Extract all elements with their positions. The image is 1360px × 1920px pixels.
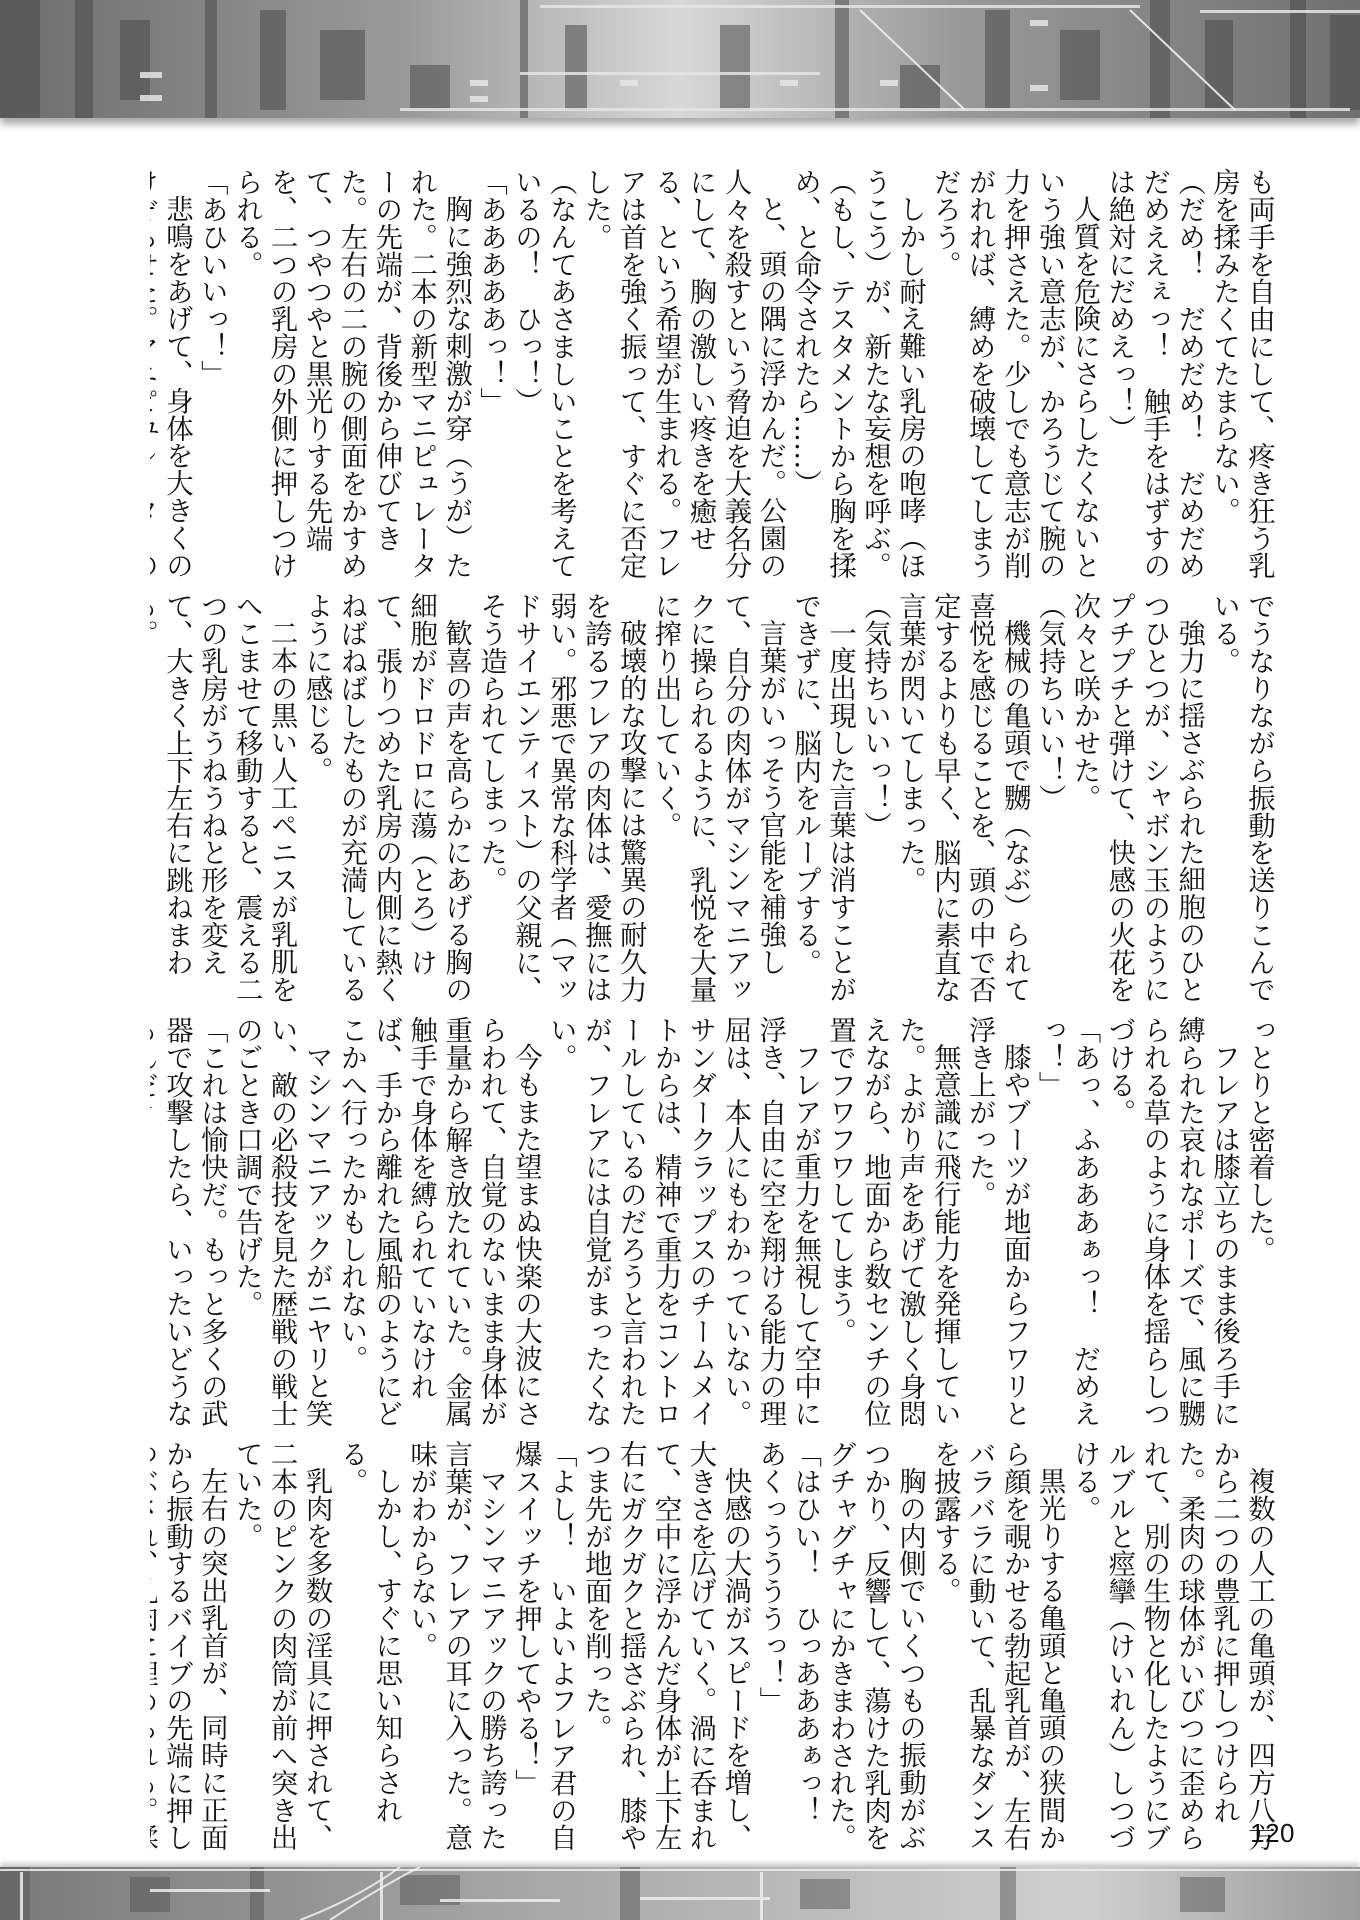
paragraph: 悲鳴をあげて、身体を大きくのけぞらせた。マニピュレーターの黒い先端は、勃起（ぼっ… bbox=[150, 168, 193, 586]
paragraph: 「あひいいっ！」 bbox=[193, 168, 228, 586]
paragraph: 破壊的な攻撃には驚異の耐久力を誇るフレアの肉体は、愛撫には弱い。邪悪で異常な科学… bbox=[472, 592, 647, 1010]
text-tier-1: も両手を自由にして、疼き狂う乳房を揉みたくてたまらない。（だめ！ だめだめ！ だ… bbox=[150, 168, 1275, 586]
paragraph: 今もまた望まぬ快楽の大波にさらわれて、自覚のないまま身体が重量から解き放たれてい… bbox=[333, 1016, 542, 1434]
paragraph: 乳肉を多数の淫具に押されて、二本のピンクの肉筒が前へ突き出ていた。 bbox=[228, 1440, 333, 1858]
circuit-pattern-graphic bbox=[0, 1867, 1360, 1920]
paragraph: 左右の突出乳首が、同時に正面から振動するバイブの先端に押しつぶされ、乳肉に埋めら… bbox=[150, 1440, 228, 1858]
footer-decorative-banner bbox=[0, 1867, 1360, 1920]
paragraph: しかし耐え難い乳房の咆哮（ほうこう）が、新たな妄想を呼ぶ。 bbox=[856, 168, 926, 586]
paragraph: っとりと密着した。 bbox=[1240, 1016, 1275, 1434]
paragraph: 複数の人工の亀頭が、四方八方から二つの豊乳に押しつけられた。柔肉の球体がいびつに… bbox=[1066, 1440, 1275, 1858]
paragraph: しかし、すぐに思い知らされる。 bbox=[333, 1440, 403, 1858]
paragraph: 無意識に飛行能力を発揮していた。よがり声をあげて激しく身悶えながら、地面から数セ… bbox=[821, 1016, 961, 1434]
paragraph: （だめ！ だめだめ！ だめだめだめええぇっ！ 触手をはずすのは絶対にだめえっ！） bbox=[1100, 168, 1205, 586]
paragraph: （なんてあさましいことを考えているの！ ひっ！） bbox=[507, 168, 577, 586]
paragraph: 「はひい！ ひっあああぁっ！ あくっううううっ！」 bbox=[751, 1440, 821, 1858]
paragraph: 二本の黒い人工ペニスが乳肌をへこませて移動すると、震える二つの乳房がうねうねと形… bbox=[150, 592, 298, 1010]
circuit-pattern-graphic bbox=[0, 0, 1360, 118]
paragraph: でうなりながら振動を送りこんでいる。 bbox=[1205, 592, 1275, 1010]
text-tier-4: 複数の人工の亀頭が、四方八方から二つの豊乳に押しつけられた。柔肉の球体がいびつに… bbox=[150, 1440, 1275, 1858]
paragraph: （気持ちいいっ！） bbox=[856, 592, 891, 1010]
header-decorative-banner bbox=[0, 0, 1360, 118]
paragraph: 言葉がいっそう官能を補強して、自分の肉体がマシンマニアックに操られるように、乳悦… bbox=[647, 592, 787, 1010]
paragraph: （気持ちいい！） bbox=[1031, 592, 1066, 1010]
paragraph: 強力に揺さぶられた細胞のひとつひとつが、シャボン玉のようにプチプチと弾けて、快感… bbox=[1066, 592, 1206, 1010]
text-tier-2: でうなりながら振動を送りこんでいる。強力に揺さぶられた細胞のひとつひとつが、シャ… bbox=[150, 592, 1275, 1010]
paragraph: 快感の大渦がスピードを増し、大きさを広げていく。渦に呑まれて、空中に浮かんだ身体… bbox=[577, 1440, 752, 1858]
paragraph: フレアは膝立ちのまま後ろ手に縛られた哀れなポーズで、風に嬲られる草のように身体を… bbox=[1100, 1016, 1240, 1434]
paragraph: マシンマニアックの勝ち誇った言葉が、フレアの耳に入った。意味がわからない。 bbox=[402, 1440, 507, 1858]
paragraph: 機械の亀頭で嬲（なぶ）られて喜悦を感じることを、頭の中で否定するよりも早く、脳内… bbox=[891, 592, 1031, 1010]
paragraph: マシンマニアックがニヤリと笑い、敵の必殺技を見た歴戦の戦士のごとき口調で告げた。 bbox=[228, 1016, 333, 1434]
paragraph: 歓喜の声を高らかにあげる胸の細胞がドロドロに蕩（とろ）けて、張りつめた乳房の内側… bbox=[298, 592, 473, 1010]
paragraph: 黒光りする亀頭と亀頭の狭間から顔を覗かせる勃起乳首が、左右バラバラに動いて、乱暴… bbox=[926, 1440, 1066, 1858]
paragraph: 一度出現した言葉は消すことができずに、脳内をループする。 bbox=[786, 592, 856, 1010]
paragraph: 「あっ、ふあああぁっ！ だめえっ！」 bbox=[1031, 1016, 1101, 1434]
paragraph: 膝やブーツが地面からフワリと浮き上がった。 bbox=[961, 1016, 1031, 1434]
vertical-novel-text-area: も両手を自由にして、疼き狂う乳房を揉みたくてたまらない。（だめ！ だめだめ！ だ… bbox=[150, 160, 1275, 1850]
paragraph: 胸に強烈な刺激が穿（うが）たれた。二本の新型マニピュレーターの先端が、背後から伸… bbox=[228, 168, 472, 586]
paragraph: と、頭の隅に浮かんだ。公園の人々を殺すという脅迫を大義名分にして、胸の激しい疼き… bbox=[577, 168, 786, 586]
page-number: 120 bbox=[1250, 1818, 1295, 1849]
paragraph: 「あああああっ！」 bbox=[472, 168, 507, 586]
paragraph: 胸の内側でいくつもの振動がぶつかり、反響して、蕩けた乳肉をグチャグチャにかきまわ… bbox=[821, 1440, 926, 1858]
paragraph: フレアが重力を無視して空中に浮き、自由に空を翔ける能力の理屈は、本人にもわかって… bbox=[542, 1016, 821, 1434]
paragraph: 「これは愉快だ。もっと多くの武器で攻撃したら、いったいどうなるんだ」 bbox=[150, 1016, 228, 1434]
paragraph: 「よし！ いよいよフレア君の自爆スイッチを押してやる！」 bbox=[507, 1440, 577, 1858]
paragraph: （もし、テスタメントから胸を揉め、と命令されたら……） bbox=[786, 168, 856, 586]
text-tier-3: っとりと密着した。フレアは膝立ちのまま後ろ手に縛られた哀れなポーズで、風に嬲られ… bbox=[150, 1016, 1275, 1434]
paragraph: 人質を危険にさらしたくないという強い意志が、かろうじて腕の力を押さえた。少しでも… bbox=[926, 168, 1101, 586]
paragraph: も両手を自由にして、疼き狂う乳房を揉みたくてたまらない。 bbox=[1205, 168, 1275, 586]
